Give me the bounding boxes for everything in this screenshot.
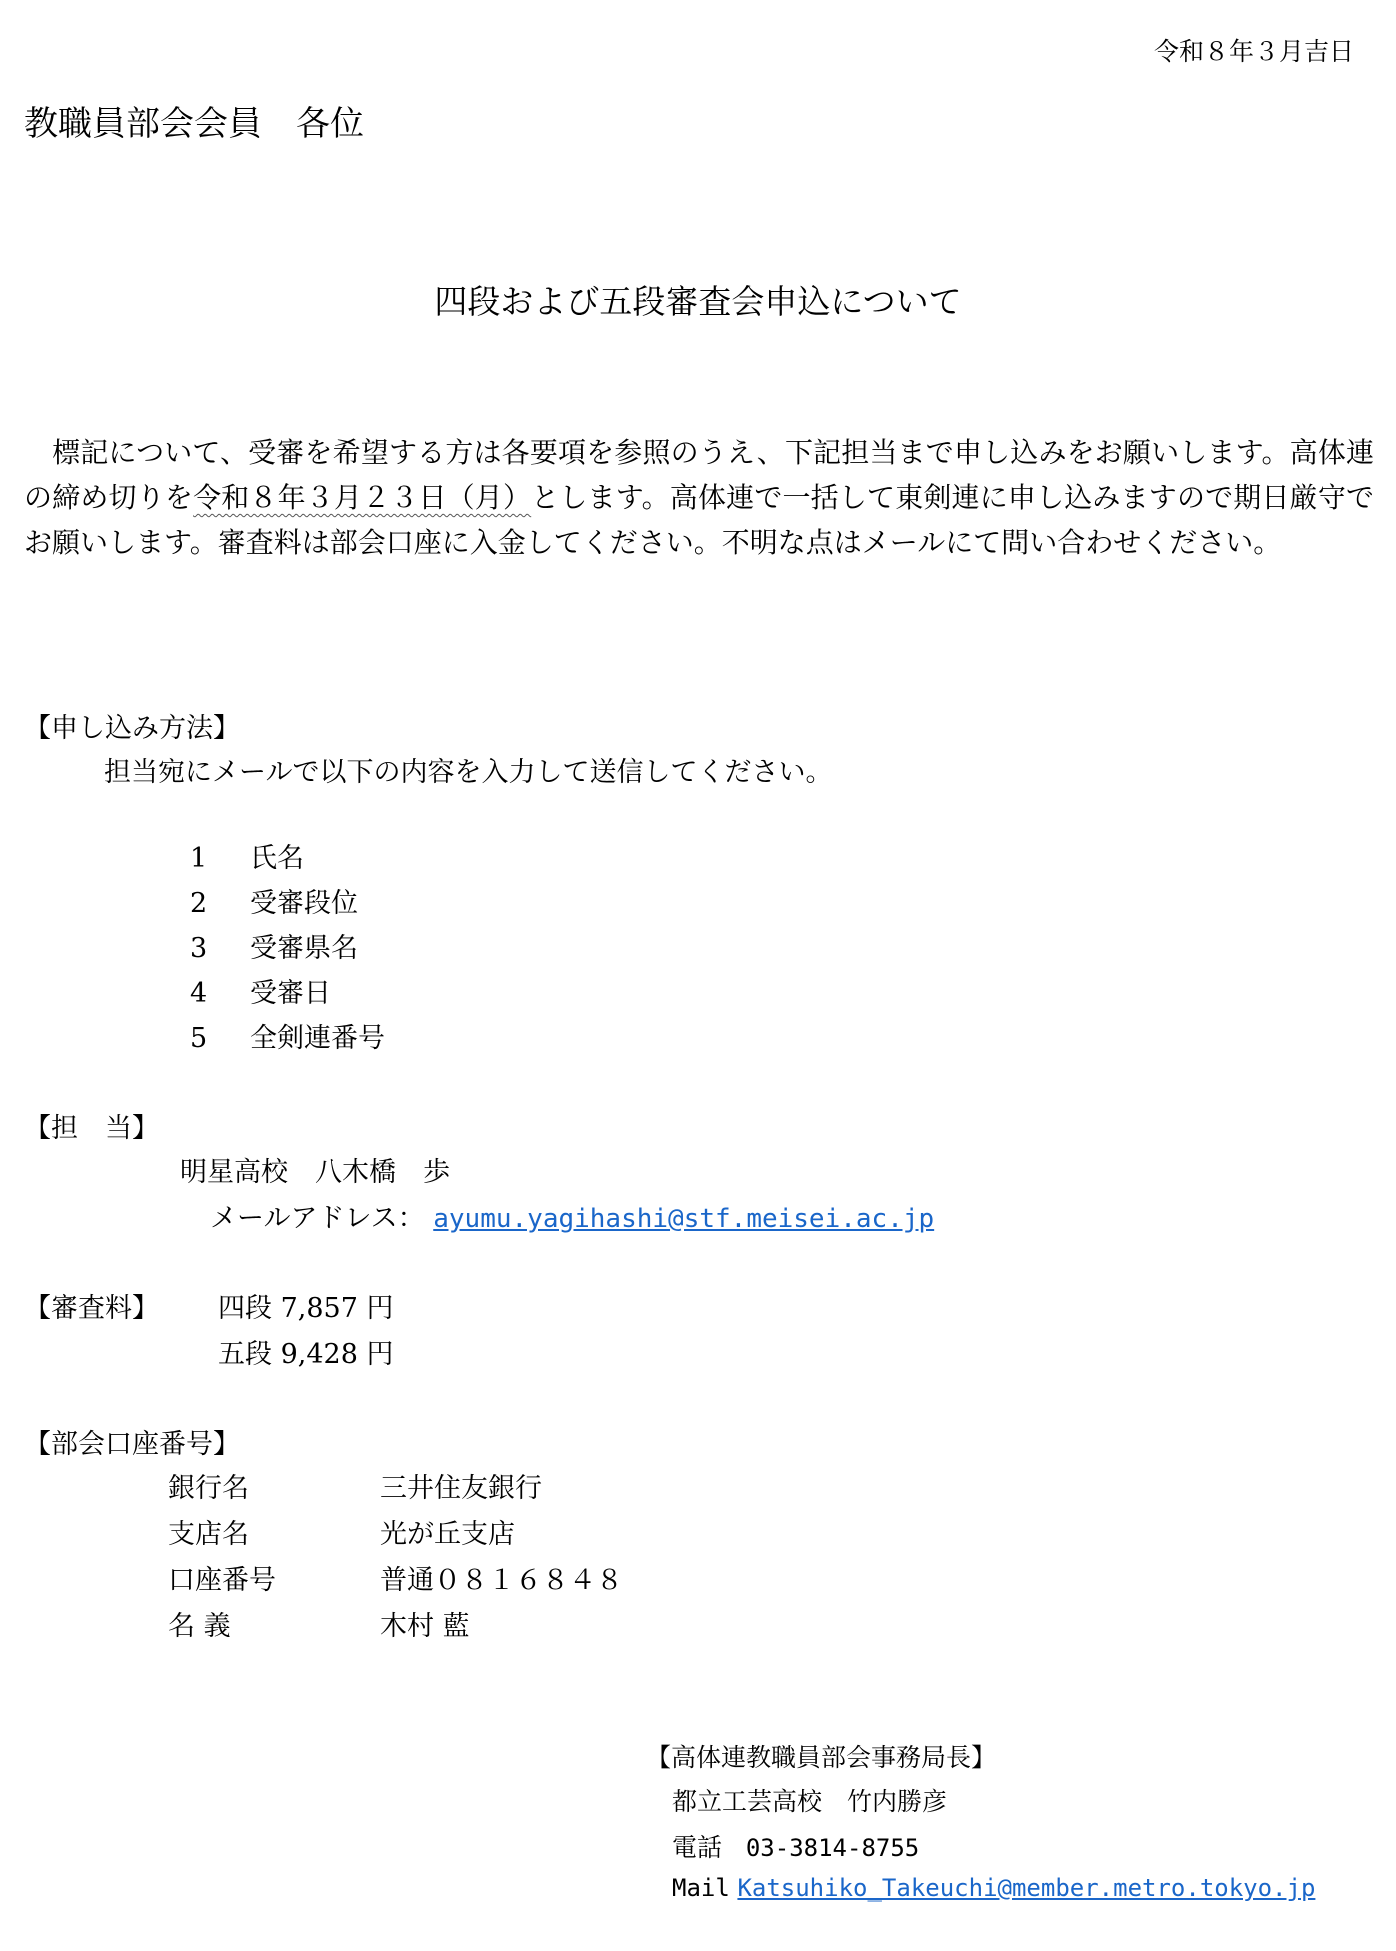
signature-mail-row: Mail Katsuhiko_Takeuchi@member.metro.tok… [672,1874,1315,1902]
application-instruction: 担当宛にメールで以下の内容を入力して送信してください。 [104,750,832,789]
signature-phone-row: 電話 03-3814-8755 [672,1828,919,1864]
list-item-label: 受審日 [250,978,331,1009]
addressee: 教職員部会会員 各位 [24,96,364,145]
document-title: 四段および五段審査会申込について [0,276,1396,323]
contact-heading: 【担 当】 [24,1106,159,1145]
body-paragraph: 標記について、受審を希望する方は各要項を参照のうえ、下記担当まで申し込みをお願い… [24,430,1374,565]
list-item-number: 2 [190,888,250,919]
fee-amount: 7,857 円 [281,1293,394,1324]
account-row: 名 義木村 藍 [168,1604,470,1643]
signature-heading: 【高体連教職員部会事務局長】 [646,1738,996,1774]
list-item-number: 5 [190,1023,250,1054]
account-heading: 【部会口座番号】 [24,1422,240,1461]
phone-number: 03-3814-8755 [746,1834,919,1862]
mail-label: Mail [672,1874,730,1902]
account-value: 光が丘支店 [380,1519,515,1550]
account-value: 普通０８１６８４８ [380,1565,623,1596]
signature-name: 都立工芸高校 竹内勝彦 [672,1782,947,1818]
account-row: 口座番号普通０８１６８４８ [168,1558,623,1597]
account-value: 木村 藍 [380,1611,470,1642]
account-value: 三井住友銀行 [380,1473,542,1504]
list-item-label: 受審段位 [250,888,358,919]
list-item-label: 氏名 [250,843,304,874]
list-item-number: 4 [190,978,250,1009]
application-heading: 【申し込み方法】 [24,706,240,745]
fee-row: 四段 7,857 円 [218,1286,393,1325]
list-item-label: 全剣連番号 [250,1023,385,1054]
account-label: 名 義 [168,1604,380,1643]
signature-email-link[interactable]: Katsuhiko_Takeuchi@member.metro.tokyo.jp [737,1874,1315,1902]
document-date: 令和８年３月吉日 [1154,32,1354,68]
list-item-label: 受審県名 [250,933,358,964]
list-item: 5全剣連番号 [190,1016,385,1055]
account-row: 支店名光が丘支店 [168,1512,515,1551]
deadline-date: 令和８年３月２３日（月） [193,481,531,514]
fee-row: 五段 9,428 円 [218,1332,393,1371]
fee-label: 四段 [218,1293,272,1324]
account-row: 銀行名三井住友銀行 [168,1466,542,1505]
contact-name: 明星高校 八木橋 歩 [180,1150,450,1189]
account-label: 口座番号 [168,1558,380,1597]
list-item: 4受審日 [190,971,331,1010]
list-item: 3受審県名 [190,926,358,965]
list-item-number: 1 [190,843,250,874]
account-label: 支店名 [168,1512,380,1551]
email-label: メールアドレス： [210,1203,425,1234]
account-label: 銀行名 [168,1466,380,1505]
contact-email-link[interactable]: ayumu.yagihashi@stf.meisei.ac.jp [433,1204,934,1234]
fees-heading: 【審査料】 [24,1286,159,1325]
list-item: 2受審段位 [190,881,358,920]
fee-label: 五段 [218,1339,272,1370]
list-item-number: 3 [190,933,250,964]
contact-email-row: メールアドレス： ayumu.yagihashi@stf.meisei.ac.j… [210,1196,934,1235]
fee-amount: 9,428 円 [281,1339,394,1370]
phone-label: 電話 [672,1833,722,1862]
list-item: 1氏名 [190,836,304,875]
